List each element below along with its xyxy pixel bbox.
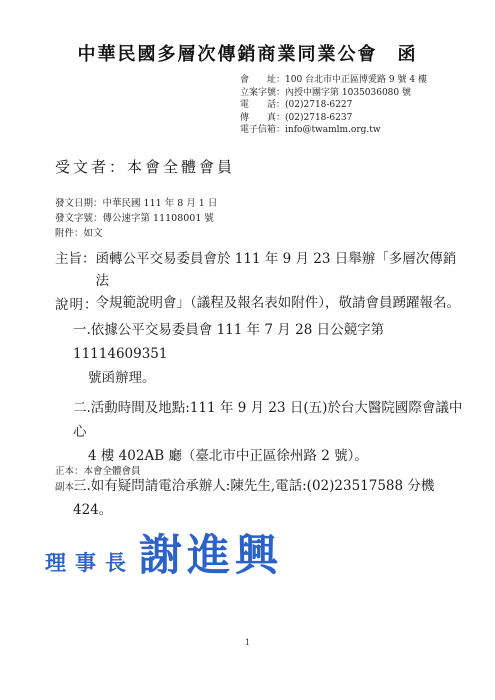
meta-block: 發文日期：中華民國 111 年 8 月 1 日 發文字號：傳公速字第 11108… xyxy=(55,196,217,241)
meta-label: 附件： xyxy=(55,228,84,239)
contact-email-value: info@twamlm.org.tw xyxy=(285,125,381,135)
subject-block: 主旨： 函轉公平交易委員會於 111 年 9 月 23 日舉辦「多層次傳銷法 令… xyxy=(55,248,465,314)
item-line: 號函辦理。 xyxy=(73,366,467,390)
contact-value: 內授中團字第 1035036080 號 xyxy=(285,88,411,98)
meta-row-attachment: 附件：如文 xyxy=(55,226,217,241)
meta-value: 如文 xyxy=(84,228,103,239)
subject-label: 主旨： xyxy=(55,248,96,270)
contact-row-registration: 立案字號：內授中團字第 1035036080 號 xyxy=(240,87,427,100)
contact-label: 電 話： xyxy=(240,99,285,112)
contact-label: 傳 真： xyxy=(240,112,285,125)
letter-page: 中華民國多層次傳銷商業同業公會 函 會 址：100 台北市中正區博愛路 9 號 … xyxy=(0,0,495,700)
contact-label: 會 址： xyxy=(240,74,285,87)
recipient-label: 受文者： xyxy=(55,158,127,176)
copy-value: 本會全體會員 xyxy=(84,466,141,477)
contact-label: 立案字號： xyxy=(240,87,285,100)
contact-label: 電子信箱： xyxy=(240,124,285,137)
chairman-signature-stamp: 理事長 謝進興 xyxy=(45,522,283,583)
contact-row-address: 會 址：100 台北市中正區博愛路 9 號 4 樓 xyxy=(240,74,427,87)
copy-row-duplicate: 副本： xyxy=(55,480,141,496)
copies-block: 正本：本會全體會員 副本： xyxy=(55,464,141,496)
signature-title: 理事長 xyxy=(45,547,135,577)
meta-value: 傳公速字第 11108001 號 xyxy=(103,213,214,224)
recipient-value: 本會全體會員 xyxy=(127,158,235,176)
meta-row-date: 發文日期：中華民國 111 年 8 月 1 日 xyxy=(55,196,217,211)
document-title: 中華民國多層次傳銷商業同業公會 函 xyxy=(0,40,495,66)
meta-label: 發文日期： xyxy=(55,198,103,209)
explanation-items: 一.依據公平交易委員會 111 年 7 月 28 日公競字第 111146093… xyxy=(55,318,467,528)
subject-line: 令規範說明會」（議程及報名表如附件），敬請會員踴躍報名。 xyxy=(96,292,466,314)
explanation-item-1: 一.依據公平交易委員會 111 年 7 月 28 日公競字第 111146093… xyxy=(73,318,467,390)
copy-row-original: 正本：本會全體會員 xyxy=(55,464,141,480)
copy-label: 副本： xyxy=(55,482,84,493)
contact-value: (02)2718-6237 xyxy=(285,113,352,123)
explanation-label: 說明： xyxy=(55,293,99,313)
item-line: 二.活動時間及地點:111 年 9 月 23 日(五)於台大醫院國際會議中心 xyxy=(73,396,467,444)
contact-value: (02)2718-6227 xyxy=(285,100,352,110)
page-number: 1 xyxy=(0,638,495,647)
header-contact-block: 會 址：100 台北市中正區博愛路 9 號 4 樓 立案字號：內授中團字第 10… xyxy=(240,74,427,137)
contact-value: 100 台北市中正區博愛路 9 號 4 樓 xyxy=(285,75,427,85)
explanation-item-2: 二.活動時間及地點:111 年 9 月 23 日(五)於台大醫院國際會議中心 4… xyxy=(73,396,467,468)
item-line: 一.依據公平交易委員會 111 年 7 月 28 日公競字第 111146093… xyxy=(73,318,467,366)
signature-name: 謝進興 xyxy=(139,522,283,583)
meta-value: 中華民國 111 年 8 月 1 日 xyxy=(103,198,218,209)
contact-row-fax: 傳 真：(02)2718-6237 xyxy=(240,112,427,125)
copy-label: 正本： xyxy=(55,466,84,477)
meta-row-doc-number: 發文字號：傳公速字第 11108001 號 xyxy=(55,211,217,226)
contact-row-email: 電子信箱：info@twamlm.org.tw xyxy=(240,124,427,137)
meta-label: 發文字號： xyxy=(55,213,103,224)
contact-row-phone: 電 話：(02)2718-6227 xyxy=(240,99,427,112)
subject-line: 函轉公平交易委員會於 111 年 9 月 23 日舉辦「多層次傳銷法 xyxy=(96,248,466,292)
recipient-line: 受文者：本會全體會員 xyxy=(55,156,235,177)
subject-text: 函轉公平交易委員會於 111 年 9 月 23 日舉辦「多層次傳銷法 令規範說明… xyxy=(96,248,466,314)
